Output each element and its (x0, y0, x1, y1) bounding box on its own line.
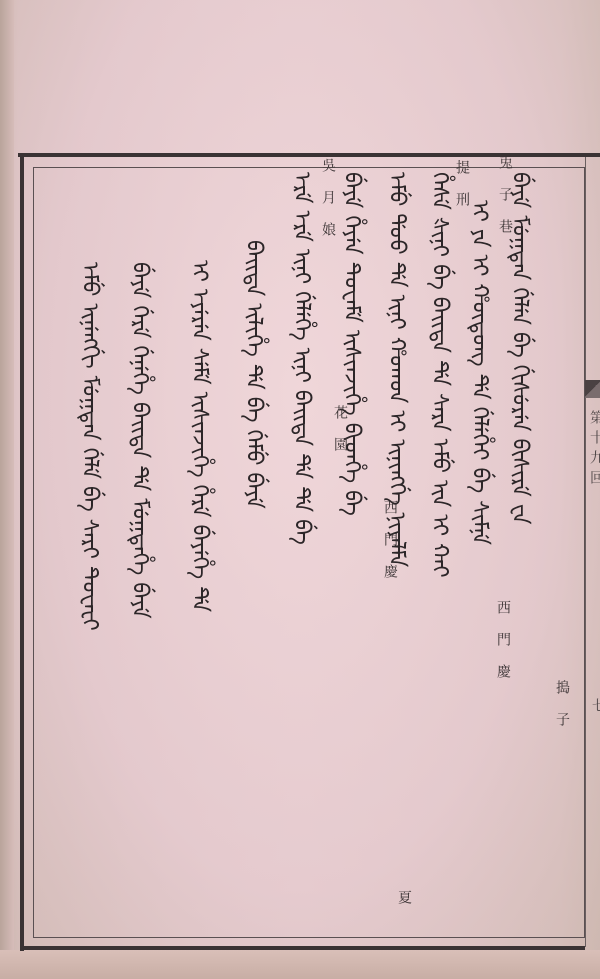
manchu-column-9: ᠪᡝᠶᡝ ᡤᡝᡵᡝ ᡤᡝᠨᡝᡥᡝ ᠪᠠᡳᡨᠠ ᡩᡝ ᠮᡠᡴᡨᡝᡥᡝ ᠪᡝᠶᡝ (128, 262, 150, 619)
bottom-page-edge (0, 950, 600, 979)
frame-left-border (20, 153, 24, 951)
manchu-column-2: ᡳ ᠶᠠ ᡳ ᡥᡡᡨᡠᠩ ᡩᡝ ᡤᡝᠯᡝᡥᡝᡳ ᠪᡝ ᠰᡳᠮᠨᡝ (468, 200, 490, 545)
manchu-column-8: ᡳ ᡝᠶᡝᡵᡝᠨ ᠰᡝᠮᡝ ᡳᠰᡳᠨᠵᡳᡥᡝ ᡥᡝᡵᡝ ᠪᡝᠶᡝᡥᡝ ᡩᡝ (188, 260, 210, 612)
frame-bottom-border (20, 946, 585, 950)
fishtail-mark-icon (585, 380, 600, 398)
gloss-huayuan: 花園 (330, 405, 350, 469)
manchu-column-10: ᡝᠮᡠ ᡳᠨᡝᠩᡤᡳ ᠮᡠᡴᡨᡝᠨ ᡤᡝᠯᡝ ᠪᡝ ᠰᠠᡵᡳ ᡨᡠᠸᠠᡶᡳ (78, 262, 100, 631)
page-number: 七 (588, 698, 600, 718)
gloss-daozi: 搗子 (552, 680, 572, 744)
gloss-xia: 夏 (394, 890, 414, 922)
gloss-ximenqing-2: 西門慶 (380, 500, 400, 596)
gloss-tuzixiang: 兎子巷 (495, 155, 515, 251)
manchu-column-7: ᠪᠠᡳᡨᠠ ᡳᠯᡳᡥᡝ ᡩᡝ ᠪᡝ ᡤᡝᠮᡠ ᠪᡝᠶᡝ (242, 240, 264, 509)
fold-center-line (585, 157, 586, 947)
gloss-ximenqing-1: 西門慶 (493, 600, 513, 696)
gloss-tixing: 提刑 (452, 160, 472, 224)
manchu-column-6: ᡝᡵᡝ ᡝᡵᡝ ᡳᠨᡳ ᡤᡝᠯᡝᡥᡝ ᡳᠨᡳ ᠪᠠᡳᡨᠠ ᡩᡝ ᡩᡝ ᠪᡝ (290, 172, 312, 545)
chapter-label: 第十九回 (586, 410, 600, 490)
gloss-wuyueniang: 吳月娘 (318, 158, 338, 254)
manchu-column-3: ᡥᡝᠰᡝ ᡧᡳᠨᡳ ᠪᡝ ᠪᠠᡳᡨᠠ ᡩᡝ ᠰᠠᡵᠠ ᡝᠮᡠ ᡳᠨ ᡳ ᡴᠠᡳ (428, 172, 450, 578)
book-spine-edge (0, 0, 14, 979)
